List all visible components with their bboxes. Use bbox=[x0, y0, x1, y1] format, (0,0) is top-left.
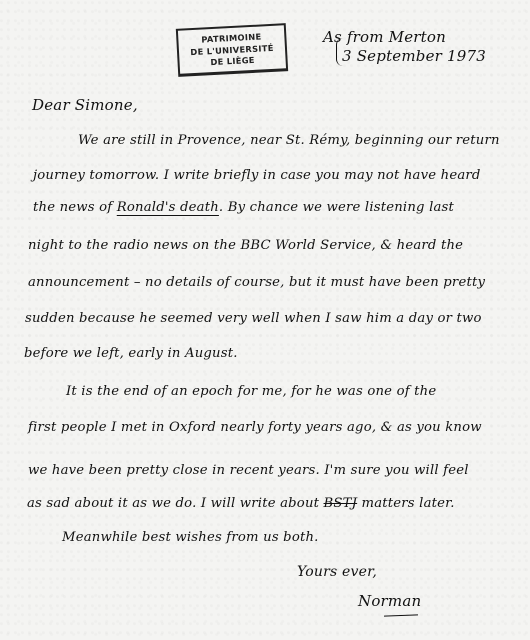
letter-page: PATRIMOINE DE L'UNIVERSITÉ DE LIÈGE As f… bbox=[0, 0, 530, 640]
line-text: as sad about it as we do. I will write a… bbox=[27, 496, 324, 511]
body-line: sudden because he seemed very well when … bbox=[25, 311, 482, 326]
line-text: the news of bbox=[33, 200, 117, 215]
line-text: matters later. bbox=[357, 496, 454, 511]
sender-address: As from Merton bbox=[323, 28, 446, 46]
closing: Yours ever, bbox=[297, 564, 377, 580]
body-line: night to the radio news on the BBC World… bbox=[28, 238, 463, 253]
salutation: Dear Simone, bbox=[32, 96, 138, 114]
struck-out-word: BSTJ bbox=[324, 496, 358, 511]
body-line: announcement – no details of course, but… bbox=[28, 275, 485, 290]
underlined-phrase: Ronald's death bbox=[117, 200, 219, 215]
body-line: first people I met in Oxford nearly fort… bbox=[28, 420, 482, 435]
letter-date: 3 September 1973 bbox=[342, 47, 486, 65]
body-line: Meanwhile best wishes from us both. bbox=[62, 530, 319, 545]
body-line: journey tomorrow. I write briefly in cas… bbox=[33, 168, 481, 183]
body-line: We are still in Provence, near St. Rémy,… bbox=[78, 133, 500, 148]
body-line: the news of Ronald's death. By chance we… bbox=[33, 200, 454, 215]
signature-underline bbox=[384, 614, 418, 616]
body-line: as sad about it as we do. I will write a… bbox=[27, 496, 455, 511]
body-line: It is the end of an epoch for me, for he… bbox=[66, 384, 436, 399]
body-line: we have been pretty close in recent year… bbox=[28, 463, 469, 478]
body-line: before we left, early in August. bbox=[24, 346, 238, 361]
line-text: . By chance we were listening last bbox=[219, 200, 454, 215]
signature: Norman bbox=[358, 592, 421, 610]
university-stamp: PATRIMOINE DE L'UNIVERSITÉ DE LIÈGE bbox=[176, 23, 288, 77]
